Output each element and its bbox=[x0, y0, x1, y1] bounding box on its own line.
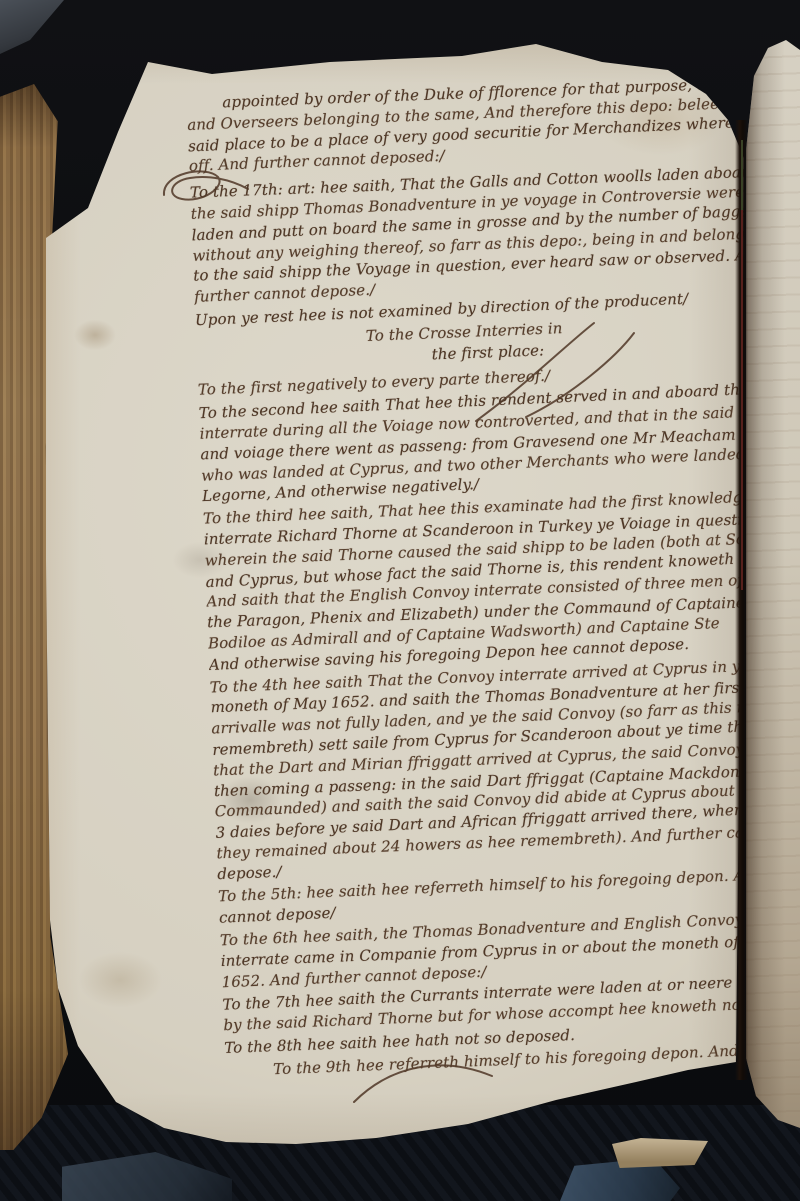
page-corner-fragment bbox=[612, 1138, 708, 1168]
manuscript-page: appointed by order of the Duke of fflore… bbox=[0, 0, 800, 1201]
manuscript-text: appointed by order of the Duke of fflore… bbox=[186, 71, 788, 1093]
background-shelf-edge bbox=[0, 0, 70, 58]
manuscript-photograph: appointed by order of the Duke of fflore… bbox=[0, 0, 800, 1201]
book-gutter bbox=[735, 120, 748, 1080]
